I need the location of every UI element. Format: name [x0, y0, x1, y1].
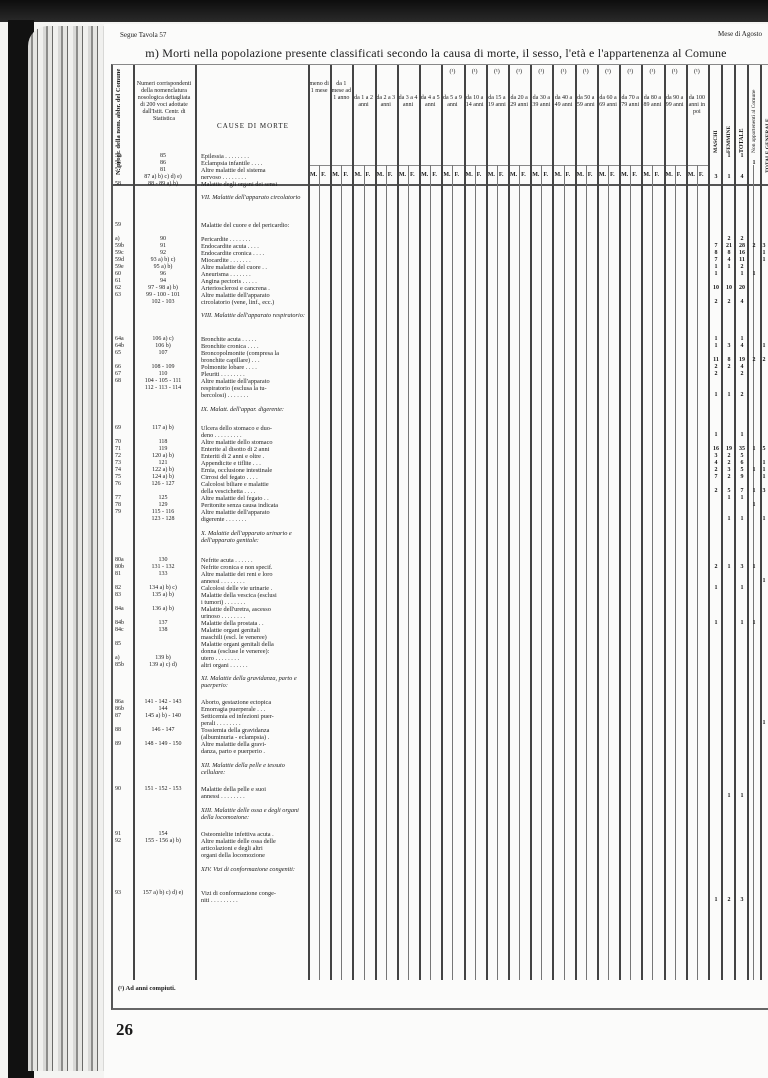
total-value: 4 — [737, 299, 747, 305]
total-value: 8 — [724, 357, 734, 363]
cause-of-death: Altre malattie dei reni e loro — [201, 571, 305, 578]
cause-of-death: deno . . . . . . . . . — [201, 432, 305, 439]
cause-of-death: Malattie organi genitali — [201, 627, 305, 634]
column-rule — [486, 65, 488, 980]
cause-of-death: Pleuriti . . . . . . . . — [201, 371, 305, 378]
sex-m-label: M. — [310, 172, 317, 178]
running-header-right: Mese di Agosto — [718, 30, 762, 38]
total-value: 2 — [737, 371, 747, 377]
total-value: 1 — [737, 271, 747, 277]
total-value: 1 — [737, 516, 747, 522]
row-code: 83 — [115, 592, 133, 598]
total-value: 1 — [737, 620, 747, 626]
row-code: 90 — [115, 786, 133, 792]
nomenclature-number: 106 a) c) — [133, 336, 193, 342]
total-value: 8 — [724, 250, 734, 256]
nomenclature-number: 148 - 149 - 150 — [133, 741, 193, 747]
total-value: 1 — [749, 446, 759, 452]
cause-of-death: altri organi . . . . . . — [201, 662, 305, 669]
age-note: (¹) — [441, 69, 463, 76]
cause-of-death: Enteriti di 2 anni e oltre . — [201, 453, 305, 460]
cause-of-death: digerente . . . . . . . — [201, 516, 305, 523]
col-header-non-appartenenti: Non appartenenti al Comune — [751, 73, 757, 153]
nomenclature-number: 106 b) — [133, 343, 193, 349]
nomenclature-number: 134 a) b) c) — [133, 585, 193, 591]
total-value: 1 — [724, 793, 734, 799]
total-value: 3 — [724, 467, 734, 473]
row-code: 89 — [115, 741, 133, 747]
column-rule — [408, 165, 409, 980]
cause-of-death: circolatorio (vene, linf., ecc.) — [201, 299, 305, 306]
nomenclature-number: 121 — [133, 460, 193, 466]
nomenclature-number: 123 - 128 — [133, 516, 193, 522]
column-rule — [734, 65, 736, 980]
total-value: 4 — [711, 460, 721, 466]
section-heading: XI. Malattie della gravidanza, parto e p… — [201, 675, 305, 689]
total-value: 8 — [711, 250, 721, 256]
section-heading: XIII. Malattie delle ossa e degli organi… — [201, 807, 305, 821]
total-value: 3 — [737, 564, 747, 570]
age-group-label: da 1 mese ad 1 anno — [330, 81, 352, 102]
sex-m-label: M. — [666, 172, 673, 178]
age-group-label: da 30 a 39 anni — [530, 95, 552, 109]
column-rule — [619, 65, 621, 980]
column-rule — [195, 65, 197, 980]
nomenclature-number: 117 a) b) — [133, 425, 193, 431]
row-code: 86b — [115, 706, 133, 712]
total-value: 7 — [711, 257, 721, 263]
total-value: 9 — [737, 474, 747, 480]
sex-f-label: F. — [566, 172, 571, 178]
cause-of-death: Eclampsia infantile . . . . — [201, 160, 305, 167]
age-note: (¹) — [641, 69, 663, 76]
sex-m-label: M. — [599, 172, 606, 178]
row-code: 72 — [115, 453, 133, 459]
nomenclature-number: 87 a) b) c) d) e) — [133, 174, 193, 180]
cause-of-death: Altre malattie del sistema — [201, 167, 305, 174]
nomenclature-number: 141 - 142 - 143 — [133, 699, 193, 705]
row-code: 58 — [115, 181, 133, 187]
row-code: 79 — [115, 509, 133, 515]
col-header-maschi: MASCHI — [713, 93, 719, 153]
column-rule — [519, 165, 520, 980]
nomenclature-number: 118 — [133, 439, 193, 445]
total-value: 2 — [711, 299, 721, 305]
cause-of-death: Altre malattie del cuore . . — [201, 264, 305, 271]
age-group-label: da 10 a 14 anni — [464, 95, 486, 109]
total-value: 19 — [724, 446, 734, 452]
section-heading: VIII. Malattie dell'apparato respiratori… — [201, 312, 305, 319]
row-code: 88 — [115, 727, 133, 733]
column-rule — [375, 65, 377, 980]
cause-of-death: niti . . . . . . . . . — [201, 897, 305, 904]
total-value: 1 — [749, 467, 759, 473]
sex-m-label: M. — [443, 172, 450, 178]
column-rule — [575, 65, 577, 980]
total-value: 1 — [737, 585, 747, 591]
sex-m-label: M. — [688, 172, 695, 178]
sex-f-label: F. — [366, 172, 371, 178]
cause-of-death: annessi . . . . . . . . — [201, 793, 305, 800]
total-value: 1 — [724, 516, 734, 522]
row-code: 84a — [115, 606, 133, 612]
column-rule — [597, 65, 599, 980]
column-rule — [386, 165, 387, 980]
row-code: a) — [115, 655, 133, 661]
age-group-label: da 90 a 99 anni — [664, 95, 686, 109]
row-code: 66 — [115, 364, 133, 370]
age-group-label: da 15 a 19 anni — [486, 95, 508, 109]
row-code: 84b — [115, 620, 133, 626]
nomenclature-number: 144 — [133, 706, 193, 712]
sex-f-label: F. — [432, 172, 437, 178]
total-value: 20 — [737, 285, 747, 291]
row-code: 80b — [115, 564, 133, 570]
row-code: 59e — [115, 264, 133, 270]
nomenclature-number: 145 a) b) - 140 — [133, 713, 193, 719]
cause-of-death: Endocardite cronica . . . . — [201, 250, 305, 257]
cause-of-death: Altre malattie dello stomaco — [201, 439, 305, 446]
row-code: 76 — [115, 481, 133, 487]
sex-f-label: F. — [699, 172, 704, 178]
row-code: 61 — [115, 278, 133, 284]
col-header-nomenclature: Numeri corrispondenti della nomenclatura… — [135, 81, 193, 123]
sex-f-label: F. — [632, 172, 637, 178]
age-note: (¹) — [664, 69, 686, 76]
total-value: 2 — [749, 243, 759, 249]
nomenclature-number: 155 - 156 a) b) — [133, 838, 193, 844]
cause-of-death: Calcolosi biliare e malattie — [201, 481, 305, 488]
nomenclature-number: 136 a) b) — [133, 606, 193, 612]
total-value: 3 — [711, 174, 721, 180]
nomenclature-number: 110 — [133, 371, 193, 377]
row-code: 84c — [115, 627, 133, 633]
total-value: 4 — [724, 257, 734, 263]
total-value: 4 — [737, 343, 747, 349]
cause-of-death: Aneurisma . . . . . . . — [201, 271, 305, 278]
row-code: 91 — [115, 831, 133, 837]
age-group-label: meno di 1 mese — [308, 81, 330, 95]
sex-f-label: F. — [610, 172, 615, 178]
nomenclature-number: 90 — [133, 236, 193, 242]
sex-m-label: M. — [466, 172, 473, 178]
page-number: 26 — [116, 1020, 133, 1040]
nomenclature-number: 126 - 127 — [133, 481, 193, 487]
total-value: 10 — [724, 285, 734, 291]
column-rule — [530, 65, 532, 980]
nomenclature-number: 112 - 113 - 114 — [133, 385, 193, 391]
column-rule — [430, 165, 431, 980]
document-page: Segue Tavola 57 Mese di Agosto m) Morti … — [104, 24, 768, 1078]
age-note: (¹) — [530, 69, 552, 76]
column-rule — [397, 65, 399, 980]
column-rule — [608, 165, 609, 980]
nomenclature-number: 133 — [133, 571, 193, 577]
cause-of-death: i tumori) . . . . . . . — [201, 599, 305, 606]
age-group-label: da 60 a 69 anni — [597, 95, 619, 109]
total-value: 2 — [711, 371, 721, 377]
column-rule — [319, 165, 320, 980]
row-code: 59 — [115, 222, 133, 228]
cause-of-death: Nefrite cronica e non specif. — [201, 564, 305, 571]
cause-of-death: Calcolosi delle vie urinarie . — [201, 585, 305, 592]
nomenclature-number: 86 — [133, 160, 193, 166]
total-value: 10 — [711, 285, 721, 291]
cause-of-death: perali . . . . . . . . — [201, 720, 305, 727]
cause-of-death: Aborto, gestazione ectopica — [201, 699, 305, 706]
nomenclature-number: 88 - 89 a) b) — [133, 181, 193, 187]
cause-of-death: Malattie della prostata . . — [201, 620, 305, 627]
total-value: 1 — [711, 343, 721, 349]
age-group-label: da 4 a 5 anni — [419, 95, 441, 109]
total-value: 19 — [737, 357, 747, 363]
column-rule — [419, 65, 421, 980]
section-heading: VII. Malattie dell'apparato circolatorio — [201, 194, 305, 201]
column-rule — [753, 165, 754, 980]
total-value: 1 — [737, 495, 747, 501]
nomenclature-number: 104 - 105 - 111 — [133, 378, 193, 384]
age-note: (¹) — [575, 69, 597, 76]
total-value: 2 — [737, 264, 747, 270]
row-code: 87 — [115, 713, 133, 719]
page-edges — [28, 26, 110, 1071]
sex-m-label: M. — [377, 172, 384, 178]
age-note: (¹) — [552, 69, 574, 76]
cause-of-death: bronchite capillare) . . . — [201, 357, 305, 364]
cause-of-death: Altre malattie della gravi- — [201, 741, 305, 748]
nomenclature-number: 124 a) b) — [133, 474, 193, 480]
total-value: 11 — [711, 357, 721, 363]
column-rule — [586, 165, 587, 980]
footnote: (¹) Ad anni compiuti. — [118, 985, 176, 992]
total-value: 2 — [711, 564, 721, 570]
row-code: 57 — [115, 167, 133, 173]
row-code: 67 — [115, 371, 133, 377]
total-value: 6 — [737, 460, 747, 466]
total-value: 7 — [711, 474, 721, 480]
nomenclature-number: 102 - 103 — [133, 299, 193, 305]
total-value: 7 — [711, 243, 721, 249]
total-value: 1 — [737, 793, 747, 799]
total-value: 2 — [737, 392, 747, 398]
column-rule — [760, 65, 762, 980]
age-group-label: da 70 a 79 anni — [619, 95, 641, 109]
total-value: 21 — [724, 243, 734, 249]
total-value: 1 — [724, 153, 734, 159]
row-code: 82 — [115, 585, 133, 591]
cause-of-death: Broncopolmonite (compresa la — [201, 350, 305, 357]
nomenclature-number: 108 - 109 — [133, 364, 193, 370]
column-rule — [508, 65, 510, 980]
row-code: 64a — [115, 336, 133, 342]
row-code: 81 — [115, 571, 133, 577]
column-rule — [352, 65, 354, 980]
row-code: 63 — [115, 292, 133, 298]
nomenclature-number: 139 a) c) d) — [133, 662, 193, 668]
total-value: 11 — [737, 257, 747, 263]
age-group-label: da 50 a 59 anni — [575, 95, 597, 109]
column-rule — [330, 65, 332, 980]
cause-of-death: Bronchite acuta . . . . . — [201, 336, 305, 343]
column-rule — [686, 65, 688, 980]
row-code: 59b — [115, 243, 133, 249]
total-value: 1 — [724, 174, 734, 180]
column-rule — [364, 165, 365, 980]
nomenclature-number: 115 - 116 — [133, 509, 193, 515]
row-code: 77 — [115, 495, 133, 501]
total-value: 4 — [737, 364, 747, 370]
row-code: 62 — [115, 285, 133, 291]
nomenclature-number: 96 — [133, 271, 193, 277]
sex-m-label: M. — [399, 172, 406, 178]
cause-of-death: Altre malattie dell'apparato — [201, 509, 305, 516]
row-code: 60 — [115, 271, 133, 277]
row-code: 86a — [115, 699, 133, 705]
cause-of-death: Miocardite . . . . . . . — [201, 257, 305, 264]
cause-of-death: articolazioni e degli altri — [201, 845, 305, 852]
cause-of-death: maschili (escl. le veneree) — [201, 634, 305, 641]
section-heading: IX. Malatt. dell'appar. digerente: — [201, 406, 305, 413]
cause-of-death: Endocardite acuta . . . . — [201, 243, 305, 250]
nomenclature-number: 92 — [133, 250, 193, 256]
sex-m-label: M. — [554, 172, 561, 178]
sex-m-label: M. — [510, 172, 517, 178]
column-rule — [475, 165, 476, 980]
age-note: (¹) — [686, 69, 708, 76]
age-group-label: da 40 a 49 anni — [552, 95, 574, 109]
column-rule — [341, 165, 342, 980]
running-header-left: Segue Tavola 57 — [120, 31, 166, 39]
sex-m-label: M. — [643, 172, 650, 178]
sex-m-label: M. — [354, 172, 361, 178]
total-value: 1 — [711, 897, 721, 903]
total-value: 1 — [711, 336, 721, 342]
cause-of-death: Malattie dell'uretra, ascesso — [201, 606, 305, 613]
age-group-label: da 5 a 9 anni — [441, 95, 463, 109]
row-code: 78 — [115, 502, 133, 508]
total-value: 1 — [749, 564, 759, 570]
total-value: 1 — [749, 160, 759, 166]
age-note: (¹) — [486, 69, 508, 76]
nomenclature-number: 91 — [133, 243, 193, 249]
cause-of-death: respiratorio (esclusa la tu- — [201, 385, 305, 392]
nomenclature-number: 95 a) b) — [133, 264, 193, 270]
column-rule — [664, 65, 666, 980]
row-code: 59d — [115, 257, 133, 263]
cause-of-death: Altre malattie del fegato . . — [201, 495, 305, 502]
total-value: 2 — [724, 299, 734, 305]
column-rule — [708, 65, 710, 980]
cause-of-death: Malattie della pelle e suoi — [201, 786, 305, 793]
column-rule — [697, 165, 698, 980]
age-note: (¹) — [619, 69, 641, 76]
total-value: 16 — [737, 250, 747, 256]
nomenclature-number: 85 — [133, 153, 193, 159]
statistics-table: N. progr. della nom. abbr. del Comune Nu… — [111, 64, 768, 1010]
total-value: 3 — [724, 343, 734, 349]
cause-of-death: annessi . . . . . . . . — [201, 578, 305, 585]
total-value: 28 — [737, 243, 747, 249]
sex-f-label: F. — [543, 172, 548, 178]
scan-top-shadow — [0, 0, 768, 22]
sex-f-label: F. — [343, 172, 348, 178]
column-rule — [652, 165, 653, 980]
sex-f-label: F. — [588, 172, 593, 178]
cause-of-death: Polmonite lobare . . . . — [201, 364, 305, 371]
total-value: 2 — [711, 364, 721, 370]
row-code: 64b — [115, 343, 133, 349]
total-value: 2 — [749, 357, 759, 363]
cause-of-death: Enterite al disotto di 2 anni — [201, 446, 305, 453]
column-rule — [564, 165, 565, 980]
sex-f-label: F. — [454, 172, 459, 178]
column-rule — [497, 165, 498, 980]
nomenclature-number: 154 — [133, 831, 193, 837]
total-value: 2 — [737, 236, 747, 242]
age-group-label: da 1 a 2 anni — [352, 95, 374, 109]
nomenclature-number: 81 — [133, 167, 193, 173]
column-rule — [464, 65, 466, 980]
cause-of-death: (albuminuria - eclampsia) . — [201, 734, 305, 741]
sex-f-label: F. — [410, 172, 415, 178]
age-group-label: da 20 a 29 anni — [508, 95, 530, 109]
nomenclature-number: 131 - 132 — [133, 564, 193, 570]
row-code: 93 — [115, 890, 133, 896]
cause-of-death: Setticemia ed infezioni puer- — [201, 713, 305, 720]
sex-m-label: M. — [577, 172, 584, 178]
nomenclature-number: 129 — [133, 502, 193, 508]
total-value: 1 — [711, 264, 721, 270]
nomenclature-number: 151 - 152 - 153 — [133, 786, 193, 792]
cause-of-death: Malattie organi genitali della — [201, 641, 305, 648]
cause-of-death: Ulcera dello stomaco e duo- — [201, 425, 305, 432]
cause-of-death: Epilessia . . . . . . . . — [201, 153, 305, 160]
section-heading: XII. Malattie della pelle e tessuto cell… — [201, 762, 305, 776]
nomenclature-number: 122 a) b) — [133, 467, 193, 473]
sex-f-label: F. — [321, 172, 326, 178]
cause-of-death: Malattie del cuore e del pericardio: — [201, 222, 305, 229]
total-value: 4 — [737, 174, 747, 180]
col-header-totale: TOTALE — [739, 93, 745, 153]
total-value: 1 — [749, 620, 759, 626]
column-rule — [747, 65, 749, 980]
cause-of-death: Cirrosi del fegato . . . . — [201, 474, 305, 481]
age-group-label: da 3 a 4 anni — [397, 95, 419, 109]
cause-of-death: Appendicite e tiflite . . . — [201, 460, 305, 467]
sex-f-label: F. — [521, 172, 526, 178]
sex-m-label: M. — [332, 172, 339, 178]
total-value: 1 — [711, 392, 721, 398]
sex-f-label: F. — [654, 172, 659, 178]
row-code: 69 — [115, 425, 133, 431]
cause-of-death: Malattie della vescica (esclusi — [201, 592, 305, 599]
column-rule — [630, 165, 631, 980]
nomenclature-number: 99 - 100 - 101 — [133, 292, 193, 298]
row-code: 85b — [115, 662, 133, 668]
total-value: 1 — [737, 153, 747, 159]
cause-of-death: Altre malattie dell'apparato — [201, 292, 305, 299]
cause-of-death: Peritonite senza causa indicata — [201, 502, 305, 509]
row-code: 65 — [115, 350, 133, 356]
row-code: 55 — [115, 153, 133, 159]
cause-of-death: Vizi di conformazione conge- — [201, 890, 305, 897]
row-code: a) — [115, 236, 133, 242]
column-rule — [721, 65, 723, 980]
col-header-femmine: FEMMINE — [726, 93, 732, 153]
total-value: 5 — [737, 467, 747, 473]
nomenclature-number: 119 — [133, 446, 193, 452]
total-value: 1 — [711, 620, 721, 626]
